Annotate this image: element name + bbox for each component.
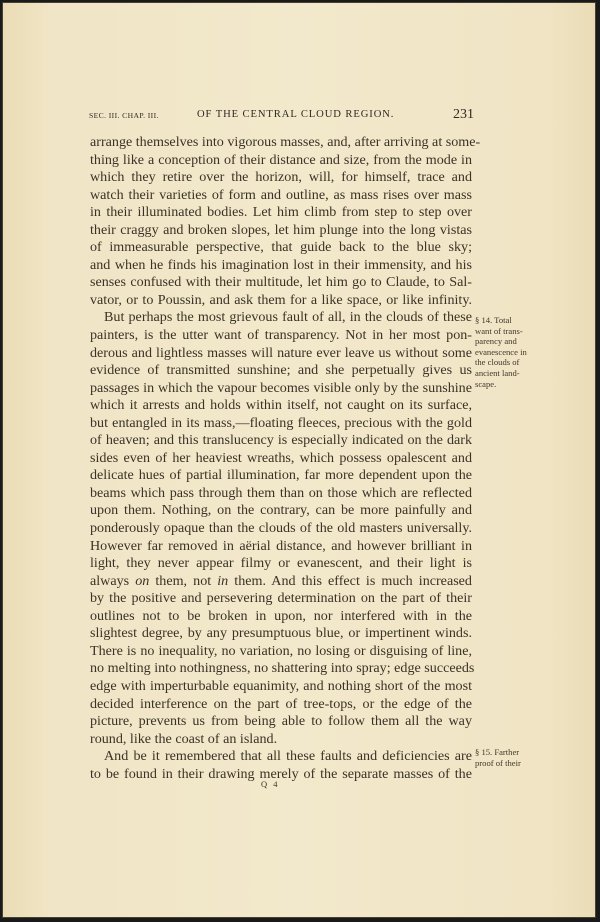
margin-note-section-14: § 14. Total want of trans- parency and e… [475, 315, 575, 389]
running-head: SEC. III. CHAP. III. OF THE CENTRAL CLOU… [89, 107, 474, 125]
text-line: sides even of her heaviest wreaths, whic… [90, 450, 472, 468]
text-line: decided interference on the part of tree… [90, 696, 472, 714]
text-line: to be found in their drawing merely of t… [90, 766, 472, 784]
paragraph-start-line: And be it remembered that all these faul… [90, 748, 472, 766]
text-line: which they retire over the horizon, will… [90, 169, 472, 187]
text-line: painters, is the utter want of transpare… [90, 327, 472, 345]
text-line: senses confused with their multitude, le… [90, 274, 472, 292]
text-line: outlines not to be broken in upon, nor i… [90, 608, 472, 626]
text-line: evidence of transmitted sunshine; and sh… [90, 362, 472, 380]
text-line: ponderously opaque than the clouds of th… [90, 520, 472, 538]
page-number: 231 [453, 107, 474, 123]
body-text: arrange themselves into vigorous masses,… [90, 134, 472, 783]
paragraph-end-line: round, like the coast of an island. [90, 731, 472, 749]
text-line-with-italics: always on them, not in them. And this ef… [90, 573, 472, 591]
text-line: However far removed in aërial distance, … [90, 538, 472, 556]
book-page: SEC. III. CHAP. III. OF THE CENTRAL CLOU… [2, 2, 596, 918]
text-line: in their illuminated bodies. Let him cli… [90, 204, 472, 222]
signature-mark: Q 4 [261, 779, 280, 789]
text-line: derous and lightless masses will nature … [90, 345, 472, 363]
text-line: of heaven; and this translucency is espe… [90, 432, 472, 450]
text-line: picture, prevents us from being able to … [90, 713, 472, 731]
chapter-title: OF THE CENTRAL CLOUD REGION. [197, 109, 394, 120]
italic-on: on [135, 573, 149, 589]
text-line: no melting into nothingness, no shatteri… [90, 660, 472, 678]
text-line: by the positive and persevering determin… [90, 590, 472, 608]
text-line: their craggy and broken slopes, let him … [90, 222, 472, 240]
text-line: delicate hues of partial illumination, f… [90, 467, 472, 485]
text-line: passages in which the vapour becomes vis… [90, 380, 472, 398]
text-line: and when he finds his imagination lost i… [90, 257, 472, 275]
italic-in: in [217, 573, 228, 589]
text-line: of immeasurable perspective, that guide … [90, 239, 472, 257]
margin-note-section-15: § 15. Farther proof of their [475, 747, 575, 768]
text-line: slightest degree, by any presumptuous bl… [90, 625, 472, 643]
text-line: but entangled in its mass,—floating flee… [90, 415, 472, 433]
text-line: which it arrests and holds within itself… [90, 397, 472, 415]
text-line: arrange themselves into vigorous masses,… [90, 134, 472, 152]
text-line: upon them. Nothing, on the contrary, can… [90, 502, 472, 520]
paragraph-start-line: But perhaps the most grievous fault of a… [90, 309, 472, 327]
text-line: light, they never appear filmy or evanes… [90, 555, 472, 573]
text-line: thing like a conception of their distanc… [90, 152, 472, 170]
text-line: watch their varieties of form and outlin… [90, 187, 472, 205]
section-chapter-label: SEC. III. CHAP. III. [89, 111, 159, 120]
text-line: beams which pass through them than on th… [90, 485, 472, 503]
text-line: edge with imperturbable equanimity, and … [90, 678, 472, 696]
text-line: vator, or to Poussin, and ask them for a… [90, 292, 472, 310]
text-line: There is no inequality, no variation, no… [90, 643, 472, 661]
